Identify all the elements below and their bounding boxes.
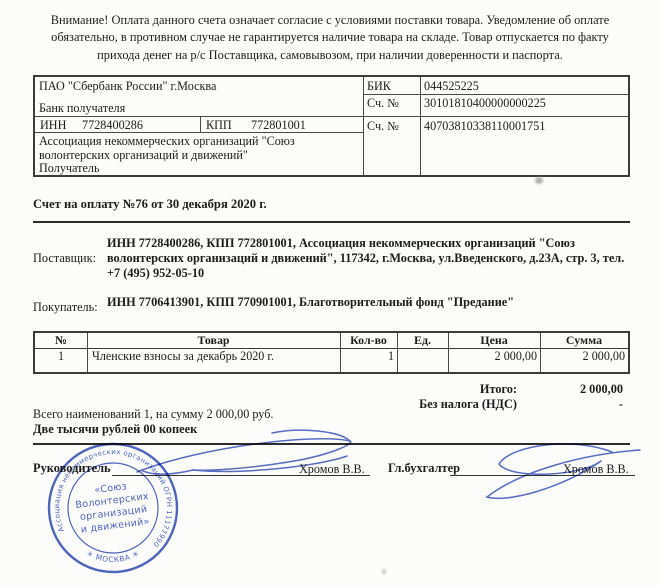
item-row-product: Членские взносы за декабрь 2020 г. bbox=[92, 350, 337, 363]
items-table: № Товар Кол-во Ед. Цена Сумма 1 Членские… bbox=[33, 331, 630, 374]
inn-label: ИНН bbox=[40, 118, 66, 132]
col-header-number: № bbox=[35, 333, 87, 348]
bik-value: 044525225 bbox=[424, 79, 479, 93]
totals-labels: Итого: Без налога (НДС) bbox=[280, 382, 517, 412]
payment-notice: Внимание! Оплата данного счета означает … bbox=[33, 12, 627, 64]
account-label: Сч. № bbox=[367, 119, 399, 133]
corr-account-label: Сч. № bbox=[367, 96, 399, 110]
kpp-label: КПП bbox=[206, 118, 232, 132]
director-name: Хромов В.В. bbox=[299, 462, 365, 477]
item-row-number: 1 bbox=[35, 350, 87, 363]
invoice-title: Счет на оплату №76 от 30 декабря 2020 г. bbox=[33, 197, 267, 212]
vat-label: Без налога (НДС) bbox=[280, 397, 517, 412]
item-row-price: 2 000,00 bbox=[448, 350, 537, 363]
recipient-name: Ассоциация некоммерческих организаций "С… bbox=[39, 134, 357, 162]
bank-table-divider bbox=[35, 116, 628, 117]
bik-label: БИК bbox=[367, 79, 391, 93]
svg-text:Ассоциация некоммерческих орга: Ассоциация некоммерческих организаций ОГ… bbox=[46, 441, 173, 549]
bank-table-divider bbox=[200, 116, 201, 132]
buyer-value: ИНН 7706413901, КПП 770901001, Благотвор… bbox=[107, 295, 628, 310]
total-value: 2 000,00 bbox=[510, 382, 623, 397]
col-header-price: Цена bbox=[448, 333, 540, 348]
vat-value: - bbox=[510, 397, 623, 412]
supplier-value: ИНН 7728400286, КПП 772801001, Ассоциаци… bbox=[107, 236, 628, 282]
bank-table-divider bbox=[420, 77, 421, 175]
bank-caption: Банк получателя bbox=[39, 101, 125, 115]
kpp-value: 772801001 bbox=[251, 118, 306, 132]
bank-requisites-table: ПАО "Сбербанк России" г.Москва Банк полу… bbox=[33, 75, 630, 177]
col-header-sum: Сумма bbox=[540, 333, 628, 348]
stamp-ring-text: Ассоциация некоммерческих организаций ОГ… bbox=[46, 441, 173, 549]
invoice-document: Внимание! Оплата данного счета означает … bbox=[0, 0, 660, 586]
item-row-qty: 1 bbox=[340, 350, 394, 363]
amount-in-words: Две тысячи рублей 00 копеек bbox=[33, 422, 197, 437]
bank-table-divider bbox=[363, 77, 364, 175]
account-value: 40703810338110001751 bbox=[424, 119, 545, 133]
inn-value: 7728400286 bbox=[82, 118, 143, 132]
supplier-label: Поставщик: bbox=[33, 251, 96, 266]
col-header-qty: Кол-во bbox=[340, 333, 397, 348]
bank-table-divider bbox=[35, 132, 363, 133]
accountant-label: Гл.бухгалтер bbox=[388, 461, 460, 476]
recipient-caption: Получатель bbox=[39, 161, 100, 175]
stamp-bottom-text: ✳ МОСКВА ✳ bbox=[85, 549, 140, 564]
scan-artifact bbox=[382, 569, 386, 574]
col-header-product: Товар bbox=[87, 333, 340, 348]
col-header-unit: Ед. bbox=[397, 333, 448, 348]
total-label: Итого: bbox=[280, 382, 517, 397]
corr-account-value: 30101810400000000225 bbox=[424, 96, 546, 110]
scan-artifact bbox=[535, 177, 543, 184]
bank-name: ПАО "Сбербанк России" г.Москва bbox=[39, 79, 216, 93]
accountant-name: Хромов В.В. bbox=[563, 462, 629, 477]
svg-text:✳ МОСКВА ✳: ✳ МОСКВА ✳ bbox=[85, 549, 140, 564]
title-rule bbox=[33, 221, 630, 223]
organization-stamp-icon: Ассоциация некоммерческих организаций ОГ… bbox=[46, 441, 180, 575]
item-row-sum: 2 000,00 bbox=[540, 350, 625, 363]
summary-line: Всего наименований 1, на сумму 2 000,00 … bbox=[33, 407, 273, 422]
bank-table-divider bbox=[363, 94, 628, 95]
buyer-label: Покупатель: bbox=[33, 300, 98, 315]
totals-values: 2 000,00 - bbox=[510, 382, 623, 412]
